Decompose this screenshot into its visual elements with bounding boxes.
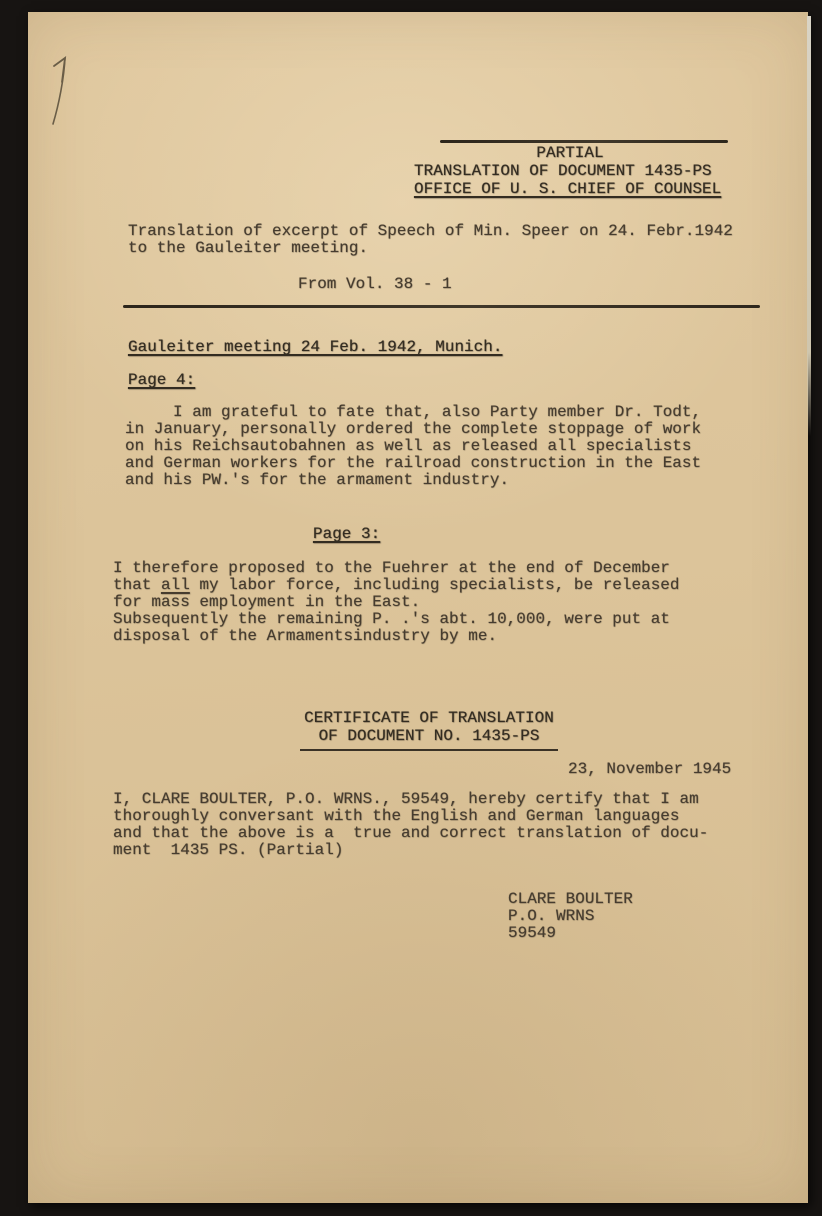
page3-paragraph-underlined-word: all — [161, 576, 190, 594]
header-office-label: OFFICE OF U. S. CHIEF OF COUNSEL — [414, 180, 726, 198]
page3-label: Page 3: — [313, 526, 380, 543]
header-top-rule — [440, 140, 728, 143]
certificate-heading-line2: OF DOCUMENT NO. 1435-PS — [300, 727, 558, 745]
page3-paragraph-part2: my labor force, including specialists, b… — [113, 576, 680, 645]
document-header: PARTIAL TRANSLATION OF DOCUMENT 1435-PS … — [414, 144, 726, 198]
handwritten-mark-icon — [46, 52, 86, 130]
page4-label: Page 4: — [128, 372, 195, 389]
volume-line: From Vol. 38 - 1 — [298, 276, 452, 293]
certificate-heading-line1: CERTIFICATE OF TRANSLATION — [300, 709, 558, 727]
document-page: PARTIAL TRANSLATION OF DOCUMENT 1435-PS … — [28, 12, 808, 1203]
header-translation-label: TRANSLATION OF DOCUMENT 1435-PS — [414, 162, 726, 180]
page3-paragraph: I therefore proposed to the Fuehrer at t… — [113, 560, 793, 645]
scan-background: { "page": { "handwritten_mark": "1/", "h… — [0, 0, 822, 1216]
certificate-date: 23, November 1945 — [568, 761, 731, 778]
certificate-heading: CERTIFICATE OF TRANSLATION OF DOCUMENT N… — [300, 709, 558, 751]
section-heading: Gauleiter meeting 24 Feb. 1942, Munich. — [128, 339, 502, 356]
signature-block: CLARE BOULTER P.O. WRNS 59549 — [508, 891, 633, 942]
page4-paragraph: I am grateful to fate that, also Party m… — [125, 404, 785, 489]
intro-paragraph: Translation of excerpt of Speech of Min.… — [128, 223, 788, 257]
separator-rule — [123, 305, 760, 308]
header-partial-label: PARTIAL — [414, 144, 726, 162]
certificate-body: I, CLARE BOULTER, P.O. WRNS., 59549, her… — [113, 791, 793, 859]
